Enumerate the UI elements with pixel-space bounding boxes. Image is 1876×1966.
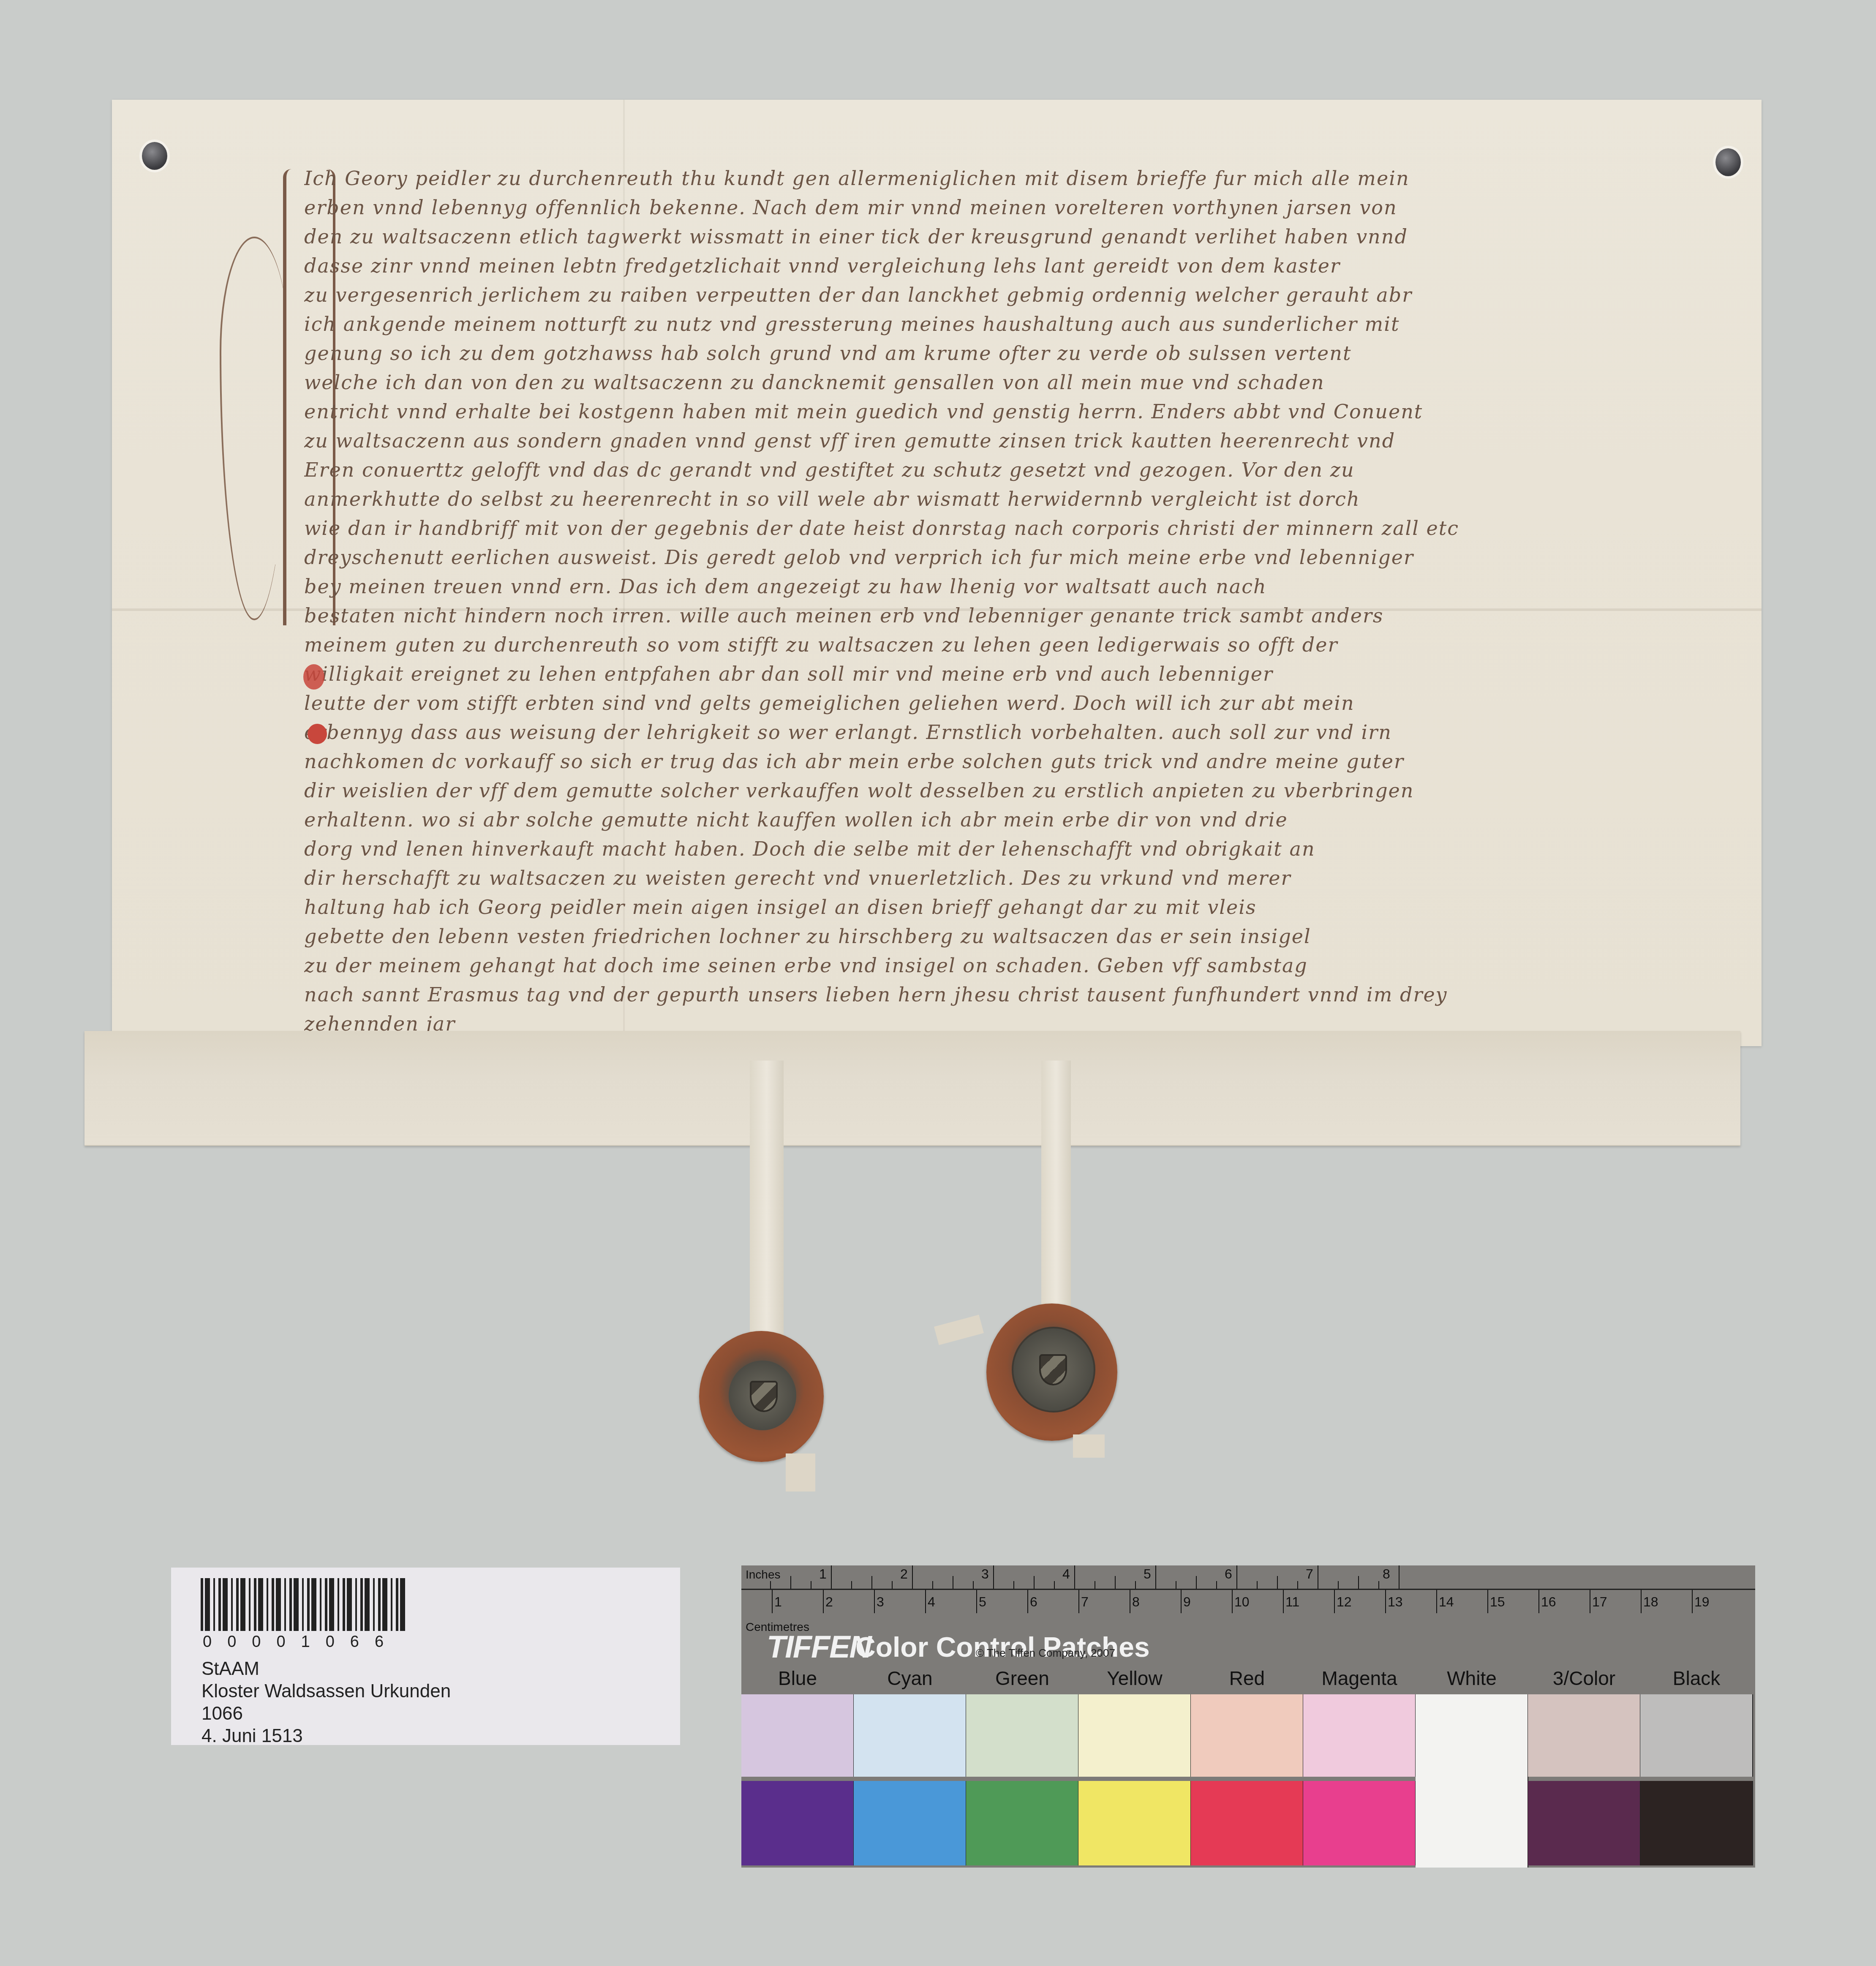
ruler-tick <box>1176 1581 1176 1589</box>
patch-dark-yellow <box>1078 1781 1191 1865</box>
charter-text-line: nach sannt Erasmus tag vnd der gepurth u… <box>304 983 1711 1013</box>
charter-text-line: entricht vnnd erhalte bei kostgenn haben… <box>304 400 1711 430</box>
charter-text-line: dreyschenutt eerlichen ausweist. Dis ger… <box>304 546 1711 575</box>
cm-number: 10 <box>1234 1594 1250 1610</box>
ruler-tick <box>1487 1590 1488 1613</box>
ruler-tick <box>811 1581 811 1589</box>
red-wax-mark <box>308 724 327 744</box>
mounting-pin-icon <box>139 139 170 172</box>
ruler-tick <box>1641 1590 1642 1613</box>
patch-label-blue: Blue <box>741 1667 854 1690</box>
wax-seal-left <box>699 1331 824 1462</box>
charter-text-line: erhaltenn. wo si abr solche gemutte nich… <box>304 808 1711 838</box>
charter-text-line: willigkait ereignet zu lehen entpfahen a… <box>304 663 1711 692</box>
ruler-tick <box>892 1581 893 1589</box>
ruler-tick <box>1074 1565 1075 1589</box>
ruler-tick <box>925 1590 926 1613</box>
inch-number: 4 <box>1062 1566 1070 1582</box>
ruler-tick <box>1236 1565 1237 1589</box>
ruler-tick <box>1385 1590 1386 1613</box>
ruler-tick <box>1436 1590 1437 1613</box>
patch-light-yellow <box>1078 1694 1191 1777</box>
ruler-tick <box>953 1576 953 1589</box>
ruler-tick <box>1399 1565 1400 1589</box>
charter-text-line: haltung hab ich Georg peidler mein aigen… <box>304 896 1711 925</box>
ruler-tick <box>1078 1590 1079 1613</box>
charter-text-line: dorg vnd lenen hinverkauft macht haben. … <box>304 837 1711 867</box>
archive-label: 00001066 StAAM Kloster Waldsassen Urkund… <box>171 1568 680 1745</box>
patch-light-black <box>1640 1694 1753 1777</box>
inch-number: 2 <box>900 1566 908 1582</box>
patch-label-magenta: Magenta <box>1303 1667 1416 1690</box>
cm-number: 2 <box>825 1594 833 1610</box>
cm-number: 9 <box>1183 1594 1191 1610</box>
ruler-tick <box>976 1590 977 1613</box>
ruler-tick <box>973 1581 974 1589</box>
charter-text-line: nachkomen dc vorkauff so sich er trug da… <box>304 750 1711 780</box>
ruler-tick <box>1013 1581 1014 1589</box>
ruler-tick <box>1318 1565 1318 1589</box>
cm-number: 13 <box>1388 1594 1403 1610</box>
document-number: 1066 <box>201 1703 243 1724</box>
patch-light-magenta <box>1303 1694 1416 1777</box>
ruler-tick <box>912 1565 913 1589</box>
ruler-tick <box>1334 1590 1335 1613</box>
inch-number: 3 <box>981 1566 989 1582</box>
seal-tag-end <box>934 1315 984 1345</box>
seal-tag-end <box>786 1453 815 1492</box>
cm-number: 16 <box>1541 1594 1556 1610</box>
ruler-tick <box>1095 1581 1095 1589</box>
archive-name: StAAM <box>201 1658 259 1680</box>
ruler-tick <box>1283 1590 1284 1613</box>
charter-text-line: bey meinen treuen vnnd ern. Das ich dem … <box>304 575 1711 605</box>
patch-dark-cyan <box>854 1781 967 1865</box>
charter-text-line: anmerkhutte do selbst zu heerenrecht in … <box>304 488 1711 517</box>
charter-text-line: erbennyg dass aus weisung der lehrigkeit… <box>304 721 1711 750</box>
patch-dark-green <box>966 1781 1079 1865</box>
ruler-tick <box>932 1581 933 1589</box>
patch-light-green <box>966 1694 1079 1777</box>
charter-text-line: genung so ich zu dem gotzhawss hab solch… <box>304 342 1711 371</box>
ruler-tick <box>1297 1581 1298 1589</box>
cm-number: 14 <box>1439 1594 1454 1610</box>
charter-text-line: Eren conuerttz gelofft vnd das dc gerand… <box>304 458 1711 488</box>
cm-number: 3 <box>877 1594 884 1610</box>
patch-label-3-color: 3/Color <box>1528 1667 1640 1690</box>
ruler-tick <box>1232 1590 1233 1613</box>
patch-dark-blue <box>741 1781 854 1865</box>
ruler-tick <box>871 1576 872 1589</box>
patch-label-red: Red <box>1191 1667 1303 1690</box>
color-control-chart: Inches 12345678 123456789101112131415161… <box>741 1565 1755 1868</box>
inch-number: 1 <box>819 1566 827 1582</box>
charter-text-line: dasse zinr vnnd meinen lebtn fredgetzlic… <box>304 254 1711 284</box>
ruler-tick <box>823 1590 824 1613</box>
ruler-tick <box>1130 1590 1130 1613</box>
ruler-tick <box>1338 1581 1339 1589</box>
ruler-tick <box>1358 1576 1359 1589</box>
inches-label: Inches <box>746 1568 781 1582</box>
ruler-tick <box>1054 1581 1055 1589</box>
ruler-tick <box>1257 1581 1258 1589</box>
charter-text-line: dir herschafft zu waltsaczen zu weisten … <box>304 867 1711 896</box>
ruler-tick <box>831 1565 832 1589</box>
patch-label-green: Green <box>966 1667 1078 1690</box>
cm-number: 6 <box>1030 1594 1037 1610</box>
ruler-tick <box>1115 1576 1116 1589</box>
cm-number: 1 <box>774 1594 782 1610</box>
inch-number: 8 <box>1383 1566 1390 1582</box>
ruler-tick <box>1027 1590 1028 1613</box>
ruler-tick <box>993 1565 994 1589</box>
ruler-tick <box>1034 1576 1035 1589</box>
patch-dark-black <box>1640 1781 1753 1865</box>
charter-text-line: zu der meinem gehangt hat doch ime seine… <box>304 954 1711 984</box>
ruler-tick <box>1378 1581 1379 1589</box>
patch-light-red <box>1191 1694 1304 1777</box>
cm-number: 17 <box>1592 1594 1607 1610</box>
charter-text-line: erben vnnd lebennyg offennlich bekenne. … <box>304 196 1711 226</box>
plica-turn-in <box>84 1031 1740 1146</box>
charter-text-line: gebette den lebenn vesten friedrichen lo… <box>304 925 1711 954</box>
ruler-tick <box>790 1576 791 1589</box>
wax-seal-right <box>986 1303 1117 1441</box>
patch-dark-red <box>1191 1781 1304 1865</box>
ruler-tick <box>874 1590 875 1613</box>
ruler-tick <box>772 1590 773 1613</box>
charter-text-line: bestaten nicht hindern noch irren. wille… <box>304 604 1711 634</box>
ruler-tick <box>1538 1590 1539 1613</box>
cm-number: 5 <box>979 1594 986 1610</box>
charter-text-line: zu vergesenrich jerlichem zu raiben verp… <box>304 284 1711 313</box>
patch-light-3-color <box>1528 1694 1641 1777</box>
inch-number: 5 <box>1144 1566 1151 1582</box>
ruler-tick <box>1135 1581 1136 1589</box>
cm-number: 15 <box>1490 1594 1505 1610</box>
charter-text-line: meinem guten zu durchenreuth so vom stif… <box>304 633 1711 663</box>
cm-number: 7 <box>1081 1594 1089 1610</box>
collection-name: Kloster Waldsassen Urkunden <box>201 1681 451 1702</box>
patch-dark-white <box>1416 1694 1528 1868</box>
ruler-tick <box>1155 1565 1156 1589</box>
charter-text-line: den zu waltsaczenn etlich tagwerkt wissm… <box>304 225 1711 255</box>
patch-light-blue <box>741 1694 854 1777</box>
patch-dark-magenta <box>1303 1781 1416 1865</box>
patch-label-black: Black <box>1640 1667 1753 1690</box>
charter-text-line: zu waltsaczenn aus sondern gnaden vnnd g… <box>304 429 1711 459</box>
inch-number: 7 <box>1306 1566 1313 1582</box>
seal-tag-end <box>1073 1434 1105 1458</box>
ruler-tick <box>1590 1590 1590 1613</box>
ruler-tick <box>1692 1590 1693 1613</box>
patch-dark-3-color <box>1528 1781 1641 1865</box>
charter-text-line: wie dan ir handbriff mit von der gegebni… <box>304 517 1711 546</box>
charter-text-line: welche ich dan von den zu waltsaczenn zu… <box>304 371 1711 401</box>
patch-light-cyan <box>854 1694 967 1777</box>
charter-text-line: ich ankgende meinem notturft zu nutz vnd… <box>304 313 1711 342</box>
cm-number: 12 <box>1337 1594 1352 1610</box>
ruler-tick <box>851 1581 852 1589</box>
charter-text-line: Ich Geory peidler zu durchenreuth thu ku… <box>304 167 1711 196</box>
charter-text-line: leutte der vom stifft erbten sind vnd ge… <box>304 692 1711 721</box>
patch-label-yellow: Yellow <box>1078 1667 1191 1690</box>
charter-text-line: dir weislien der vff dem gemutte solcher… <box>304 779 1711 809</box>
ruler-tick <box>1196 1576 1197 1589</box>
inch-ruler <box>741 1565 1755 1590</box>
barcode <box>201 1578 406 1631</box>
ruler-tick <box>1277 1576 1278 1589</box>
mounting-pin-icon <box>1713 146 1743 179</box>
red-wax-mark <box>303 664 324 690</box>
cm-number: 8 <box>1132 1594 1140 1610</box>
ruler-tick <box>770 1581 771 1589</box>
barcode-number: 00001066 <box>203 1633 410 1651</box>
copyright-notice: © The Tiffen Company, 2007 <box>976 1647 1115 1660</box>
cm-number: 4 <box>928 1594 935 1610</box>
document-date: 4. Juni 1513 <box>201 1726 303 1747</box>
shield-icon <box>1039 1354 1067 1385</box>
inch-number: 6 <box>1225 1566 1232 1582</box>
cm-number: 11 <box>1285 1594 1299 1610</box>
cm-number: 19 <box>1694 1594 1710 1610</box>
patch-label-cyan: Cyan <box>854 1667 966 1690</box>
ruler-tick <box>1216 1581 1217 1589</box>
cm-number: 18 <box>1643 1594 1658 1610</box>
patch-label-white: White <box>1416 1667 1528 1690</box>
ruler-tick <box>1181 1590 1182 1613</box>
shield-icon <box>750 1381 778 1412</box>
